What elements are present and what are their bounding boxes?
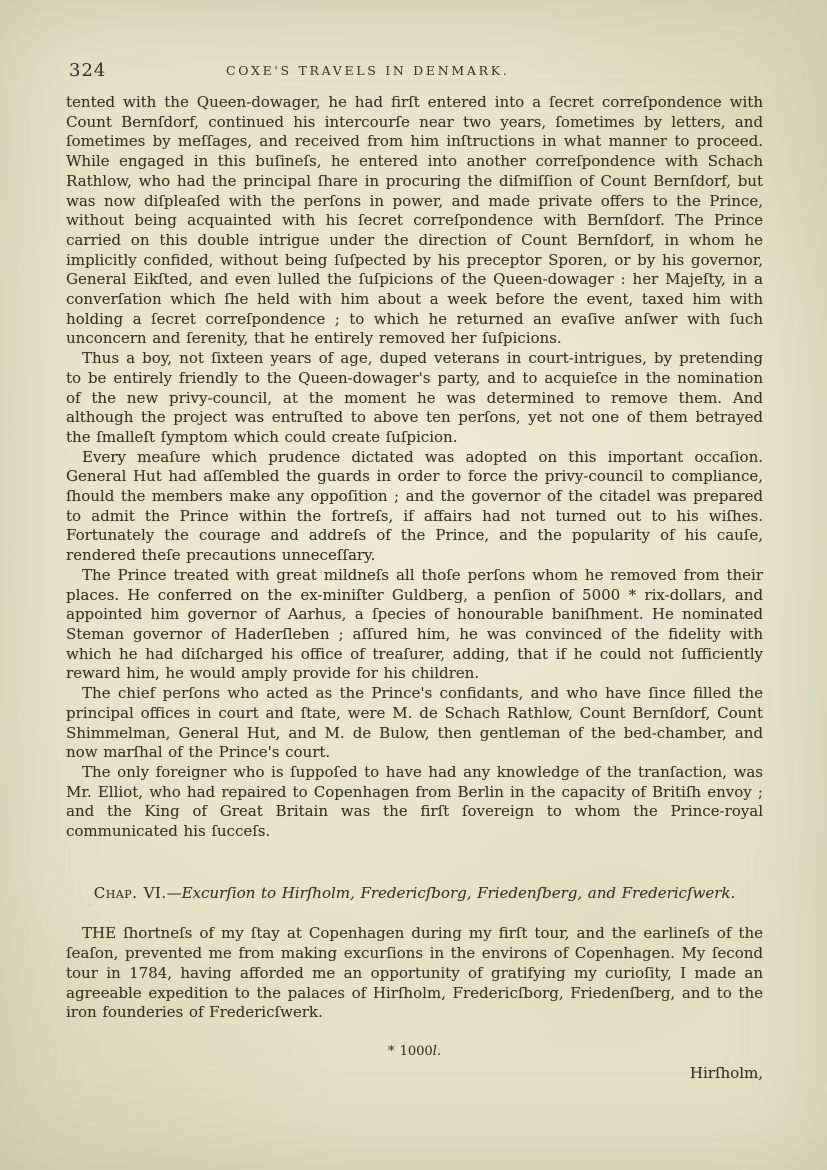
paragraph: The Prince treated with great mildneſs a… (66, 566, 763, 684)
footnote-asterisk-marker: * (388, 1044, 395, 1059)
footnote-amount: 1000 (400, 1044, 433, 1059)
footnote: * 1000l. (66, 1042, 763, 1062)
chapter-number-label: Chap. VI. (94, 884, 167, 902)
paragraph: The only foreigner who is ſuppoſed to ha… (66, 763, 763, 842)
paragraph: Every meaſure which prudence dictated wa… (66, 448, 763, 566)
book-page: 324 COXE'S TRAVELS IN DENMARK. tented wi… (0, 0, 827, 1170)
chapter-title: —Excurſion to Hirſholm, Fredericſborg, F… (167, 884, 736, 902)
paragraph: Thus a boy, not ſixteen years of age, du… (66, 349, 763, 448)
running-header-title: COXE'S TRAVELS IN DENMARK. (226, 63, 509, 78)
paragraph-continuation: tented with the Queen-dowager, he had fi… (66, 93, 763, 349)
page-body: tented with the Queen-dowager, he had fi… (66, 93, 763, 1083)
page-number: 324 (69, 60, 106, 81)
catchword: Hirſholm, (66, 1064, 763, 1084)
paragraph: The chief perſons who acted as the Princ… (66, 684, 763, 763)
chapter-heading: Chap. VI.—Excurſion to Hirſholm, Frederi… (66, 884, 763, 904)
chapter-first-paragraph: THE ſhortneſs of my ſtay at Copenhagen d… (66, 924, 763, 1023)
footnote-currency-unit: l. (433, 1044, 441, 1059)
